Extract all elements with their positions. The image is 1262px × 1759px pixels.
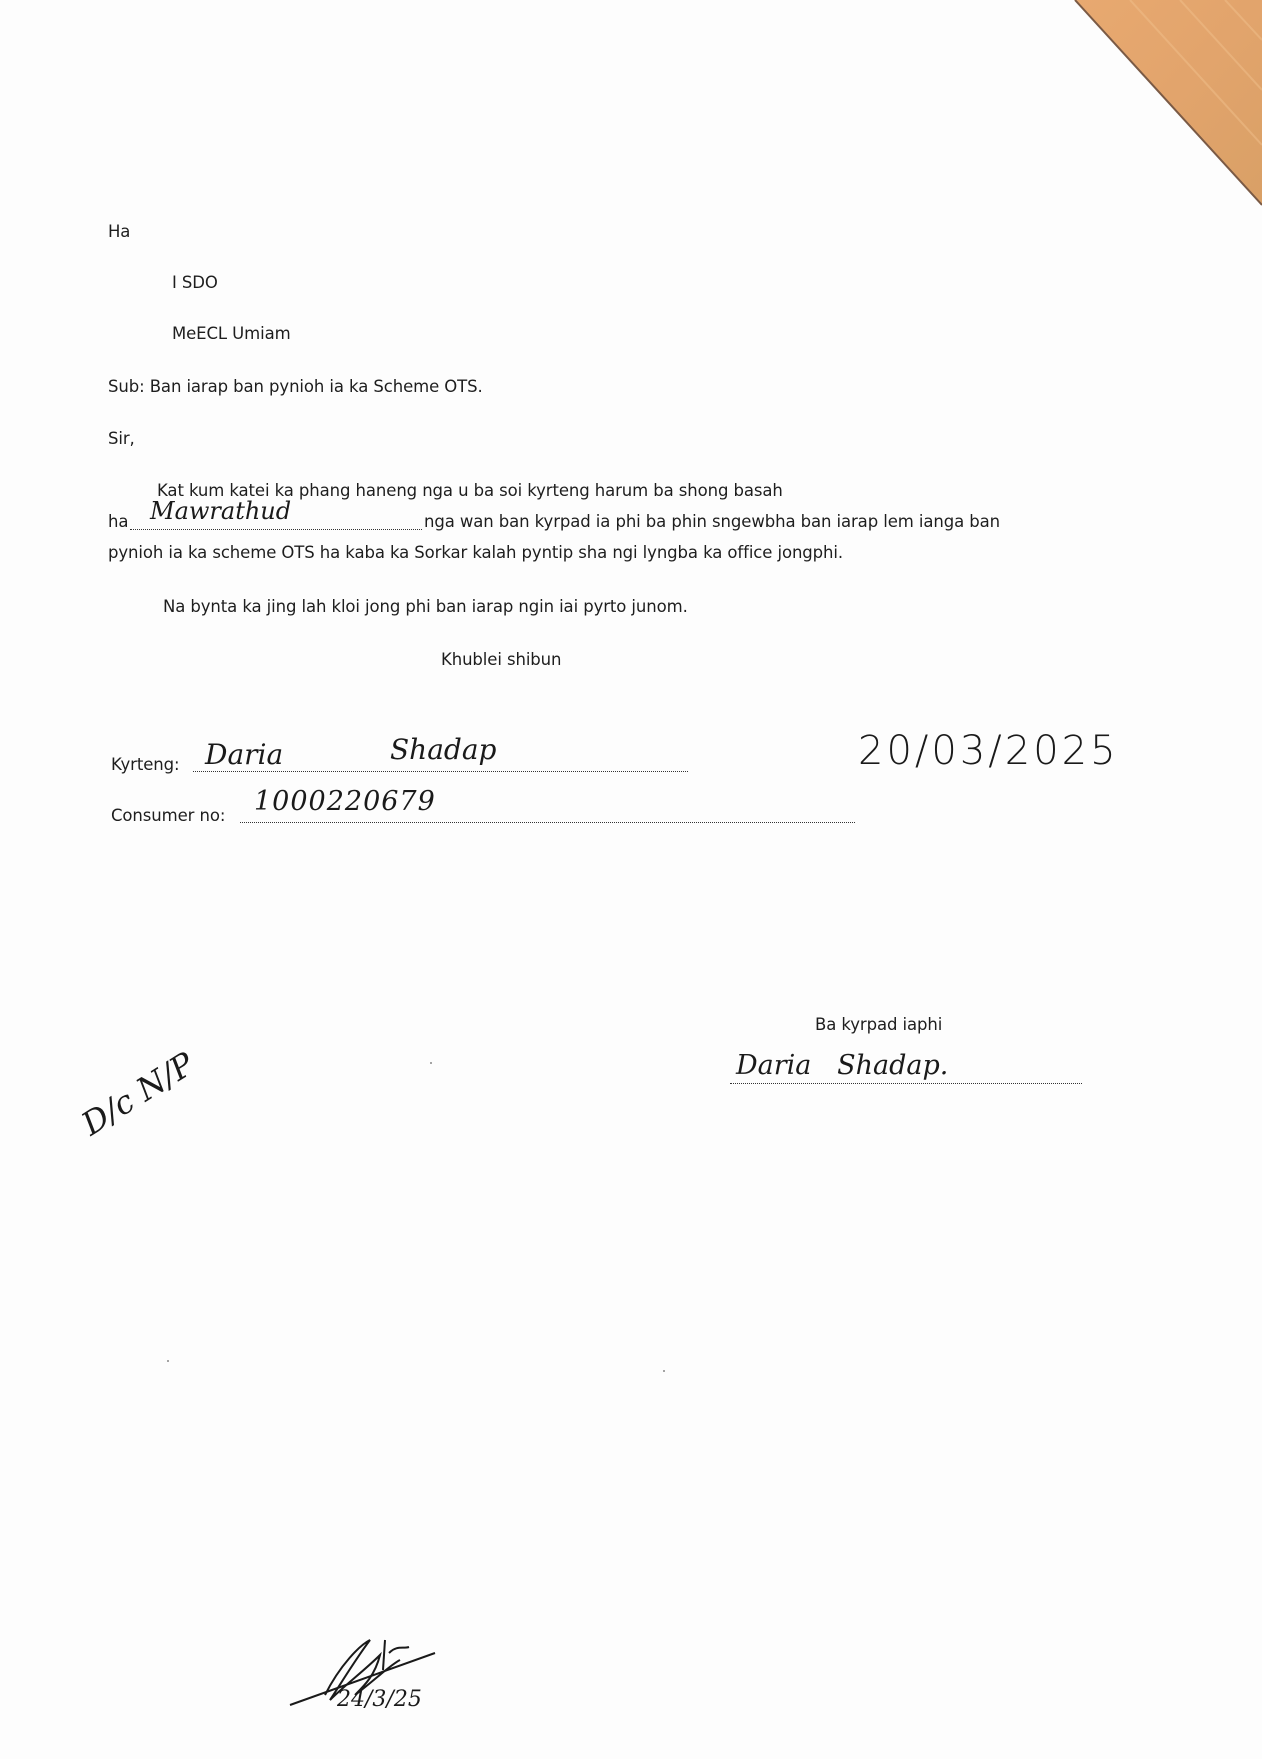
official-signature-date: 24/3/25: [337, 1687, 422, 1712]
handwritten-consumer-number: 1000220679: [254, 786, 436, 817]
handwritten-first-name: Daria: [205, 738, 283, 771]
handwritten-last-name: Shadap: [390, 733, 496, 766]
consumer-label: Consumer no:: [111, 806, 225, 825]
body-line-3: pynioh ia ka scheme OTS ha kaba ka Sorka…: [108, 543, 843, 562]
salutation-to: Ha: [108, 222, 130, 241]
greeting: Sir,: [108, 429, 135, 448]
body-line-2-prefix: ha: [108, 512, 128, 531]
place-field-underline: [130, 529, 422, 530]
thanks: Khublei shibun: [441, 650, 561, 669]
recipient-office: MeECL Umiam: [172, 324, 291, 343]
consumer-field-underline: [240, 822, 855, 823]
handwritten-date: 20/03/2025: [858, 728, 1119, 774]
name-label: Kyrteng:: [111, 755, 179, 774]
body-line-2-suffix: nga wan ban kyrpad ia phi ba phin sngewb…: [424, 512, 1000, 531]
scan-speck: [430, 1062, 432, 1064]
name-field-underline: [193, 771, 688, 772]
wood-table-corner: [0, 0, 1262, 1759]
signoff: Ba kyrpad iaphi: [815, 1015, 942, 1034]
handwritten-place: Mawrathud: [150, 497, 291, 525]
signature-scribble-icon: [285, 1625, 455, 1735]
closing-request: Na bynta ka jing lah kloi jong phi ban i…: [163, 597, 688, 616]
applicant-signature: Daria Shadap.: [736, 1050, 948, 1081]
official-annotation: D/c N/P: [75, 1045, 201, 1143]
official-signature: 24/3/25: [285, 1625, 455, 1735]
recipient-title: I SDO: [172, 273, 218, 292]
scan-speck: [663, 1370, 665, 1372]
subject-line: Sub: Ban iarap ban pynioh ia ka Scheme O…: [108, 377, 483, 396]
scan-speck: [167, 1360, 169, 1362]
signature-underline: [730, 1083, 1082, 1084]
